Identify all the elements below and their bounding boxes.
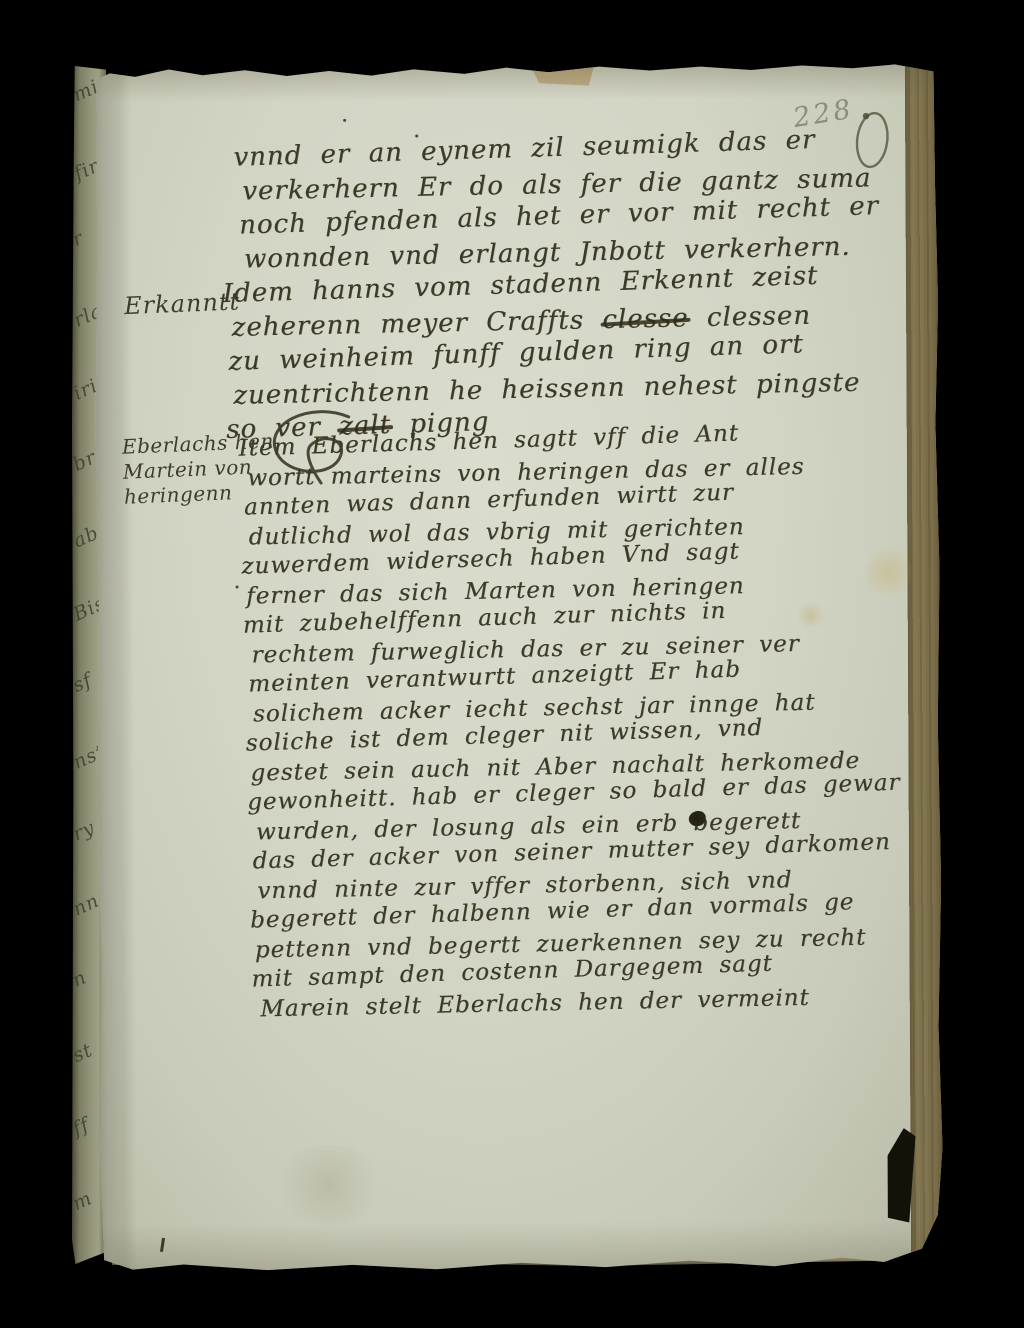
ink-speck: [415, 135, 418, 138]
edge-text-fragment: m: [72, 1187, 96, 1215]
manuscript-page: 228 Erkanntt Eberlachs hen Martein von h…: [93, 62, 943, 1272]
ink-blot: [689, 811, 706, 826]
ink-speck: [236, 585, 239, 588]
edge-text-fragment: br: [72, 446, 100, 476]
text-block: vnnd er an eynem zil seumigk das erverke…: [81, 54, 954, 1280]
paragraph-1: vnnd er an eynem zil seumigk das erverke…: [233, 125, 880, 277]
ink-speck: [343, 119, 346, 122]
edge-text-fragment: nn: [72, 890, 103, 921]
edge-text-fragment: r: [72, 227, 87, 251]
manuscript-photo: mifingtrrlagirigbrabrBissfnstrynnnstffm …: [0, 0, 1024, 1328]
edge-text-fragment: sf: [72, 669, 95, 697]
edge-text-fragment: ry: [72, 817, 98, 846]
paragraph-3: Item Eberlachs hen sagtt vff die Antwort…: [238, 419, 906, 1025]
edge-text-fragment: n: [72, 966, 90, 991]
edge-text-fragment: ff: [72, 1114, 93, 1141]
edge-text-fragment: st: [72, 1039, 96, 1067]
